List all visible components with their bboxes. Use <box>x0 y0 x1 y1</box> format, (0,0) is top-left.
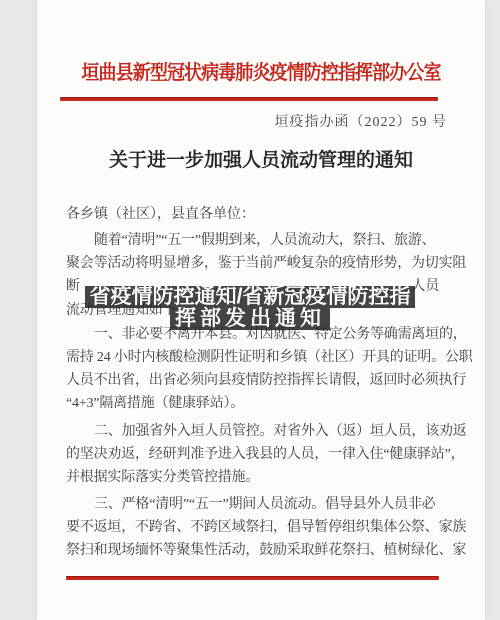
footer-red-divider <box>66 576 439 580</box>
notice-title: 关于进一步加强人员流动管理的通知 <box>37 145 485 172</box>
body-line: 三、严格“清明”“五一”期间人员流动。倡导县外人员非必 <box>66 493 439 516</box>
body-line: 二、加强省外入垣人员管控。对省外入（返）垣人员，该劝返 <box>66 420 439 443</box>
notice-body: 随着“清明”“五一”假期到来，人员流动大，祭扫、旅游、聚会等活动将明显增多，鉴于… <box>66 229 439 563</box>
body-line: 的坚决劝返，经研判准予进入我县的人员，一律入住“健康驿站”， <box>66 443 439 466</box>
news-caption-overlay: 省疫情防控通知/省新冠疫情防控指 挥部发出通知 <box>0 286 500 330</box>
caption-line-1: 省疫情防控通知/省新冠疫情防控指 <box>0 286 500 308</box>
body-line: 随着“清明”“五一”假期到来，人员流动大，祭扫、旅游、 <box>66 229 439 252</box>
header-red-divider <box>60 97 438 101</box>
agency-header: 垣曲县新型冠状病毒肺炎疫情防控指挥部办公室 <box>59 58 462 88</box>
caption-line-1-text: 省疫情防控通知/省新冠疫情防控指 <box>85 286 416 308</box>
body-line: 并根据实际落实分类管控措施。 <box>66 466 439 489</box>
body-line: 祭扫和现场缅怀等聚集性活动，鼓励采取鲜花祭扫、植树绿化、家 <box>66 539 439 562</box>
caption-line-2-text: 挥部发出通知 <box>170 308 330 330</box>
body-line: “4+3”隔离措施（健康驿站）。 <box>66 392 439 415</box>
doc-number: 垣疫指办函（2022）59 号 <box>275 113 448 132</box>
body-line: 聚会等活动将明显增多，鉴于当前严峻复杂的疫情形势，为切实阻 <box>66 252 439 275</box>
salutation-line: 各乡镇（社区），县直各单位： <box>66 203 255 223</box>
caption-line-2: 挥部发出通知 <box>0 308 500 330</box>
body-line: 要不返垣，不跨省、不跨区域祭扫，倡导暂停组织集体公祭、家族 <box>66 516 439 539</box>
document-photo: 垣曲县新型冠状病毒肺炎疫情防控指挥部办公室 垣疫指办函（2022）59 号 关于… <box>0 0 500 620</box>
body-line: 人员不出省，出省必须向县疫情防控指挥长请假，返回时必须执行 <box>66 369 439 392</box>
body-line: 需持 24 小时内核酸检测阴性证明和乡镇（社区）开具的证明。公职 <box>66 346 439 369</box>
